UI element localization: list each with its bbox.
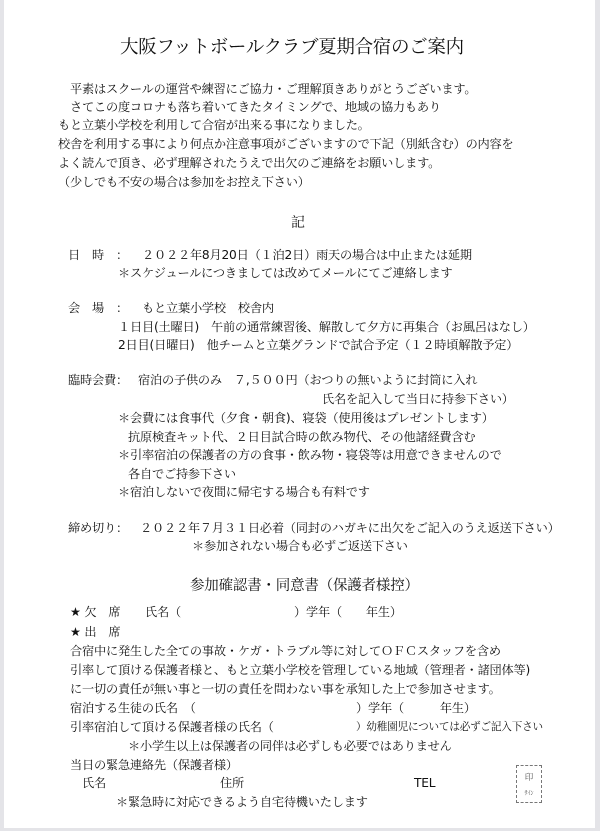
seal-signature-box: 印 ｻｲﾝ xyxy=(516,765,542,803)
intro-line: （少しでも不安の場合は参加をお控え下さい） xyxy=(58,174,310,190)
attend-label: ★ 出 席 xyxy=(70,624,120,640)
deadline-note: ＊参加されない場合も必ずご返送下さい xyxy=(192,538,408,554)
fee-note: ＊引率宿泊の保護者の方の食事・飲み物・寝袋等は用意できませんので xyxy=(118,447,502,463)
guardian-name-field: 引率宿泊して頂ける保護者様の氏名（ xyxy=(70,719,274,735)
emergency-address: 住所 xyxy=(220,775,244,791)
fee-note: 各自でご持参下さい xyxy=(128,466,236,482)
fee-label: 臨時会費： xyxy=(68,372,128,388)
datetime-note: ＊スケジュールにつきましては改めてメールにてご連絡します xyxy=(118,265,452,281)
emergency-tel: TEL xyxy=(414,775,435,791)
document-title: 大阪フットボールクラブ夏期合宿のご案内 xyxy=(120,40,464,56)
emergency-name: 氏名 xyxy=(82,775,106,791)
sign-label: ｻｲﾝ xyxy=(517,788,541,797)
intro-line: 校舎を利用する事により何点か注意事項がございますので下記（別紙含む）の内容を xyxy=(58,136,514,152)
datetime-label: 日 時 ： xyxy=(68,247,128,263)
datetime-value: ２０２２年8月20日（１泊2日）雨天の場合は中止または延期 xyxy=(142,247,472,263)
consent-line: 引率して頂ける保護者様と、もと立葉小学校を管理している地域（管理者・諸団体等) xyxy=(70,662,530,678)
venue-label: 会 場 ： xyxy=(68,300,128,316)
fee-value: 宿泊の子供のみ ７,５００円（おつりの無いように封筒に入れ xyxy=(138,372,477,388)
venue-day1: １日目(土曜日) 午前の通常練習後、解散して夕方に再集合（お風呂はなし） xyxy=(118,319,535,335)
consent-line: 合宿中に発生した全ての事故・ケガ・トラブル等に対してＯＦＣスタッフを含め xyxy=(70,643,501,659)
document-page: 大阪フットボールクラブ夏期合宿のご案内 平素はスクールの運営や練習にご協力・ご理… xyxy=(4,0,595,828)
intro-line: さてこの度コロナも落ち着いてきたタイミングで、地域の協力もあり xyxy=(70,99,441,115)
deadline-label: 締め切り： xyxy=(68,520,128,536)
intro-line: よく読んで頂き、必ず理解されたうえで出欠のご連絡をお願いします。 xyxy=(58,155,440,171)
fee-note: ＊会費には食事代（夕食・朝食)、寝袋（使用後はプレゼントします） xyxy=(118,410,494,426)
emergency-note: ＊緊急時に対応できるよう自宅待機いたします xyxy=(116,794,368,810)
deadline-value: ２０２２年７月３１日必着（同封のハガキに出欠をご記入のうえ返送下さい） xyxy=(140,520,560,536)
venue-day2: 2日目(日曜日) 他チームと立葉グランドで試合予定（１２時頃解散予定） xyxy=(118,337,518,353)
seal-label: 印 xyxy=(517,771,541,783)
absent-grade-field: ）学年（ 年生） xyxy=(294,604,402,620)
intro-line: もと立葉小学校を利用して合宿が出来る事になりました。 xyxy=(58,117,370,133)
emergency-label: 当日の緊急連絡先（保護者様） xyxy=(70,757,238,773)
elementary-note: ＊小学生以上は保護者の同伴は必ずしも必要ではありません xyxy=(128,738,452,754)
intro-line: 平素はスクールの運営や練習にご協力・ご理解頂きありがとうございます。 xyxy=(70,81,476,97)
student-grade-field: ）学年（ 年生） xyxy=(356,700,476,716)
ki-heading: 記 xyxy=(291,215,305,231)
absent-name-field: 氏名（ xyxy=(145,604,181,620)
fee-note: 抗原検査キット代、２日目試合時の飲み物代、その他諸経費含む xyxy=(128,429,475,445)
consent-line: に一切の責任が無い事と一切の責任を問わない事を承知した上で参加させます。 xyxy=(70,681,501,697)
guardian-note: ）幼稚園児については必ずご記入下さい xyxy=(356,719,543,735)
fee-value-cont: 氏名を記入して当日に持参下さい） xyxy=(322,391,514,407)
venue-value: もと立葉小学校 校舎内 xyxy=(142,300,274,316)
student-name-field: 宿泊する生徒の氏名 （ xyxy=(70,700,196,716)
consent-title: 参加確認書・同意書（保護者様控） xyxy=(190,578,419,594)
fee-note: ＊宿泊しないで夜間に帰宅する場合も有料です xyxy=(118,484,370,500)
absent-label: ★ 欠 席 xyxy=(70,604,120,620)
